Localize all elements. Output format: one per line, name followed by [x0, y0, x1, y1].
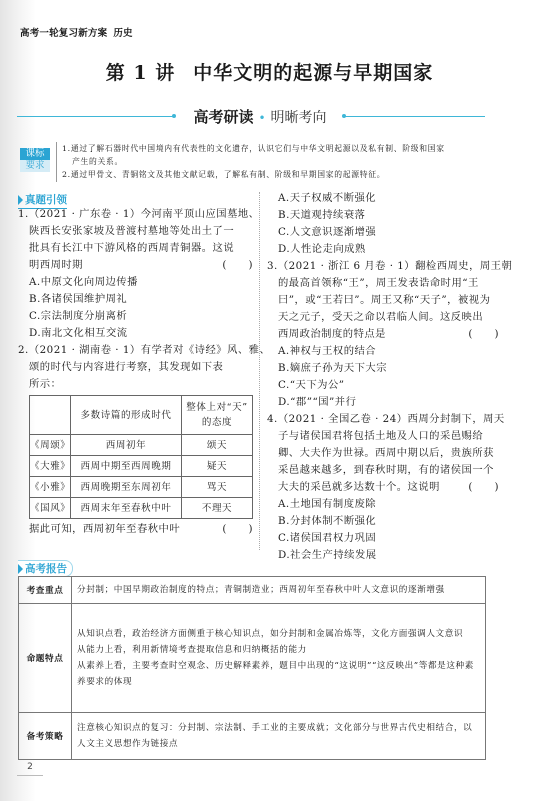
exam-report-table: 考查重点 分封制；中国早期政治制度的特点；青铜制造业；西周初年至春秋中叶人文意识…	[18, 576, 486, 760]
option-d[interactable]: D.南北文化相互交流	[18, 325, 253, 342]
report-line: 从能力上看，利用新情境考查提取信息和归纳概括的能力	[77, 642, 480, 658]
answer-blank[interactable]: ( )	[222, 257, 253, 274]
question-stem-last: 西周政治制度的特点是( )	[267, 326, 499, 343]
standard-item: 2.通过甲骨文、青铜铭文及其他文献记载，了解私有制、阶级和早期国家的起源特征。	[62, 168, 502, 181]
option-b[interactable]: B.嫡庶子孙为天下大宗	[267, 360, 499, 377]
table-header-row: 多数诗篇的形成时代 整体上对“天”的态度	[30, 396, 253, 435]
table-cell: 《小雅》	[30, 477, 71, 498]
banner-light-text: 明晰考向	[271, 110, 327, 126]
question-2-options: A.天子权威不断强化 B.天道观持续衰落 C.人文意识逐渐增强 D.人性论走向成…	[278, 190, 499, 258]
report-line: 从素养上看，主要考查时空观念、历史解释素养，题目中出现的“这说明”“这反映出”等…	[77, 658, 480, 690]
question-stem: 所示：	[18, 376, 253, 393]
lesson-number: 第 1 讲	[106, 62, 175, 84]
standard-item: 1.通过了解石器时代中国境内有代表性的文化遗存，认识它们与中华文明起源以及私有制…	[62, 142, 502, 155]
column-divider	[259, 192, 260, 550]
table-cell: 《周颂》	[30, 435, 71, 456]
standard-badge: 课标 要求	[20, 148, 50, 172]
table-cell: 西周末年至春秋中叶	[71, 498, 182, 519]
report-row: 命题特点 从知识点看，政治经济方面侧重于核心知识点，如分封制和金属冶炼等，文化方…	[19, 604, 486, 713]
page-number: 2	[17, 762, 43, 776]
report-row: 备考策略 注意核心知识点的复习：分封制、宗法制、手工业的主要成就；文化部分与世界…	[19, 713, 486, 760]
banner-dot-icon	[172, 114, 176, 118]
question-stem: 陕西长安张家坡及普渡村墓地等处出土了一	[18, 223, 253, 240]
table-cell: 西周晚期至东周初年	[71, 477, 182, 498]
option-d[interactable]: D.社会生产持续发展	[267, 547, 499, 564]
report-line: 从知识点看，政治经济方面侧重于核心知识点，如分封制和金属冶炼等，文化方面强调人文…	[77, 626, 480, 642]
banner-rule-left	[17, 116, 174, 117]
table-cell: 不理天	[182, 498, 253, 519]
report-key: 命题特点	[19, 604, 72, 713]
standard-items: 1.通过了解石器时代中国境内有代表性的文化遗存，认识它们与中华文明起源以及私有制…	[62, 142, 502, 181]
question-stem: 天之元子，受天之命以君临人间。这反映出	[267, 309, 499, 326]
report-value: 分封制；中国早期政治制度的特点；青铜制造业；西周初年至春秋中叶人文意识的逐渐增强	[72, 577, 486, 604]
table-header: 整体上对“天”的态度	[182, 396, 253, 435]
table-header: 多数诗篇的形成时代	[71, 396, 182, 435]
question-2: 2.（2021 · 湖南卷 · 1）有学者对《诗经》风、雅、 颂的时代与内容进行…	[18, 342, 253, 538]
subject-label: 历史	[113, 28, 132, 39]
answer-blank[interactable]: ( )	[222, 521, 253, 538]
section-label: 真题引领	[25, 192, 67, 207]
question-stem: 2.（2021 · 湖南卷 · 1）有学者对《诗经》风、雅、	[18, 342, 253, 359]
lesson-name: 中华文明的起源与早期国家	[193, 62, 433, 84]
question-stem: 1.（2021 · 广东卷 · 1）今河南平顶山应国墓地、	[18, 206, 253, 223]
question-stem: 批具有长江中下游风格的西周青铜器。这说	[18, 240, 253, 257]
curriculum-standard: 课标 要求 1.通过了解石器时代中国境内有代表性的文化遗存，认识它们与中华文明起…	[20, 142, 500, 182]
stem-text: 西周政治制度的特点是	[278, 328, 386, 340]
question-stem: 卿、大夫作为世禄。西周中期以后，贵族所获	[267, 445, 499, 462]
table-cell: 颂天	[182, 435, 253, 456]
option-c[interactable]: C.宗法制度分崩离析	[18, 308, 253, 325]
banner-separator: •	[258, 111, 265, 125]
header-line: 整体上对“天”	[182, 400, 252, 415]
book-title: 高考一轮复习新方案	[20, 28, 107, 39]
table-row: 《大雅》 西周中期至西周晚期 疑天	[30, 456, 253, 477]
banner-bold-text: 高考研读	[193, 108, 253, 126]
table-cell: 《国风》	[30, 498, 71, 519]
header-line: 的态度	[182, 415, 252, 430]
option-b[interactable]: B.分封体制不断强化	[267, 513, 499, 530]
option-c[interactable]: C.人文意识逐渐增强	[278, 224, 499, 241]
option-b[interactable]: B.天道观持续衰落	[278, 207, 499, 224]
question-stem: 曰”，或“王若曰”。周王又称“天子”，被视为	[267, 292, 499, 309]
question-stem: 颂的时代与内容进行考察，其发现如下表	[18, 359, 253, 376]
banner-rule-right	[344, 116, 485, 117]
option-a[interactable]: A.天子权威不断强化	[278, 190, 499, 207]
triangle-marker-icon	[18, 195, 23, 205]
question-stem: 子与诸侯国君将包括土地及人口的采邑赐给	[267, 428, 499, 445]
badge-top: 课标	[20, 148, 50, 160]
question-stem: 采邑越来越多，到春秋时期，有的诸侯国一个	[267, 462, 499, 479]
table-cell: 西周中期至西周晚期	[71, 456, 182, 477]
table-row: 《国风》 西周末年至春秋中叶 不理天	[30, 498, 253, 519]
section-label: 高考报告	[25, 561, 67, 576]
poem-table: 多数诗篇的形成时代 整体上对“天”的态度 《周颂》 西周初年 颂天 《大雅》 西…	[29, 395, 253, 519]
report-key: 考查重点	[19, 577, 72, 604]
question-stem: 的最高首领称“王”，周王发表诰命时用“王	[267, 275, 499, 292]
running-head: 高考一轮复习新方案历史	[20, 25, 133, 39]
standard-item-cont: 产生的关系。	[62, 155, 502, 168]
report-value: 从知识点看，政治经济方面侧重于核心知识点，如分封制和金属冶炼等，文化方面强调人文…	[72, 604, 486, 713]
question-stem-last: 据此可知，西周初年至春秋中叶( )	[18, 521, 253, 538]
standard-divider	[56, 142, 57, 182]
question-3: 3.（2021 · 浙江 6 月卷 · 1）翻检西周史，周王朝 的最高首领称“王…	[267, 258, 499, 411]
question-stem: 3.（2021 · 浙江 6 月卷 · 1）翻检西周史，周王朝	[267, 258, 499, 275]
option-d[interactable]: D.人性论走向成熟	[278, 241, 499, 258]
report-key: 备考策略	[19, 713, 72, 760]
option-a[interactable]: A.中原文化向周边传播	[18, 274, 253, 291]
table-cell: 疑天	[182, 456, 253, 477]
answer-blank[interactable]: ( )	[468, 326, 499, 343]
question-stem: 4.（2021 · 全国乙卷 · 24）西周分封制下，周天	[267, 411, 499, 428]
stem-text: 据此可知，西周初年至春秋中叶	[29, 523, 180, 535]
answer-blank[interactable]: ( )	[468, 479, 499, 496]
question-stem-last: 明西周时期( )	[18, 257, 253, 274]
option-c[interactable]: C.“天下为公”	[267, 377, 499, 394]
option-c[interactable]: C.诸侯国君权力巩固	[267, 530, 499, 547]
question-1: 1.（2021 · 广东卷 · 1）今河南平顶山应国墓地、 陕西长安张家坡及普渡…	[18, 206, 253, 342]
lesson-title: 第 1 讲中华文明的起源与早期国家	[0, 58, 539, 85]
triangle-marker-icon	[18, 564, 23, 574]
report-row: 考查重点 分封制；中国早期政治制度的特点；青铜制造业；西周初年至春秋中叶人文意识…	[19, 577, 486, 604]
stem-text: 大夫的采邑就多达数十个。这说明	[278, 481, 440, 493]
report-line: 分封制；中国早期政治制度的特点；青铜制造业；西周初年至春秋中叶人文意识的逐渐增强	[77, 582, 480, 598]
option-a[interactable]: A.土地国有制度废除	[267, 496, 499, 513]
question-4: 4.（2021 · 全国乙卷 · 24）西周分封制下，周天 子与诸侯国君将包括土…	[267, 411, 499, 564]
report-line: 注意核心知识点的复习：分封制、宗法制、手工业的主要成就；文化部分与世界古代史相结…	[77, 720, 480, 752]
option-d[interactable]: D.“郡”“国”并行	[267, 394, 499, 411]
stem-text: 明西周时期	[29, 259, 83, 271]
option-a[interactable]: A.神权与王权的结合	[267, 343, 499, 360]
table-cell: 骂天	[182, 477, 253, 498]
banner-text: 高考研读•明晰考向	[183, 106, 337, 127]
question-stem-last: 大夫的采邑就多达数十个。这说明( )	[267, 479, 499, 496]
table-cell: 西周初年	[71, 435, 182, 456]
table-cell: 《大雅》	[30, 456, 71, 477]
option-b[interactable]: B.各诸侯国维护周礼	[18, 291, 253, 308]
section-banner: 高考研读•明晰考向	[17, 106, 485, 126]
table-header	[30, 396, 71, 435]
table-row: 《小雅》 西周晚期至东周初年 骂天	[30, 477, 253, 498]
report-value: 注意核心知识点的复习：分封制、宗法制、手工业的主要成就；文化部分与世界古代史相结…	[72, 713, 486, 760]
badge-bottom: 要求	[20, 160, 50, 172]
section-exam-report: 高考报告	[18, 560, 73, 577]
table-row: 《周颂》 西周初年 颂天	[30, 435, 253, 456]
